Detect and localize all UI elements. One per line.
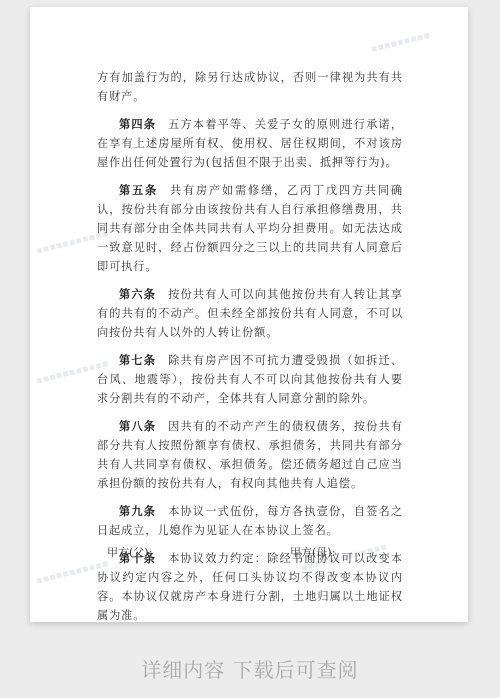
article-heading: 第九条	[119, 504, 156, 518]
article-heading: 第七条	[119, 353, 156, 367]
article-heading: 第四条	[119, 117, 156, 131]
article-7: 第七条除共有房产因不可抗力遭受毁损（如拆迁、台风、地震等），按份共有人不可以向其…	[97, 351, 403, 408]
article-9: 第九条本协议一式伍份，每方各执壹份，自签名之日起成立，儿媳作为见证人在本协议上签…	[97, 502, 403, 540]
article-6: 第六条按份共有人可以向其他按份共有人转让其享有的共有的不动产。但未经全部按份共有…	[97, 285, 403, 342]
paragraph-text: 共有房产如需修缮，乙丙丁戊四方共同确认，按份共有部分由该按份共有人自行承担修缮费…	[97, 184, 403, 273]
article-10: 第十条本协议效力约定：除经书面协议可以改变本协议约定内容之外，任何口头协议均不得…	[97, 549, 403, 625]
download-prompt: 详细内容 下载后可查阅	[0, 654, 500, 683]
article-heading: 第六条	[119, 287, 156, 301]
signature-father-label: 甲方(父):	[107, 544, 152, 560]
document-page: ▪▪▪▪▪▪▪▪▪▪▪ ▪▪▪▪▪▪▪▪▪▪▪ ▪▪▪▪▪▪▪▪▪▪▪ ▪▪▪▪…	[30, 7, 468, 622]
paragraph-text: 方有加盖行为的，除另行达成协议，否则一律视为共有共有财产。	[97, 71, 403, 103]
article-5: 第五条共有房产如需修缮，乙丙丁戊四方共同确认，按份共有部分由该按份共有人自行承担…	[97, 181, 403, 276]
article-heading: 第八条	[119, 419, 156, 433]
article-8: 第八条因共有的不动产产生的债权债务，按份共有部分共有人按照份额享有债权、承担债务…	[97, 417, 403, 493]
article-4: 第四条五方本着平等、关爱子女的原则进行承诺，在享有上述房屋所有权、使用权、居住权…	[97, 115, 403, 172]
signature-mother-label: 甲方(母):	[290, 544, 335, 560]
paragraph-continuation: 方有加盖行为的，除另行达成协议，否则一律视为共有共有财产。	[97, 68, 403, 106]
watermark: ▪▪▪▪▪▪▪▪▪	[370, 30, 432, 55]
article-heading: 第五条	[119, 183, 158, 197]
